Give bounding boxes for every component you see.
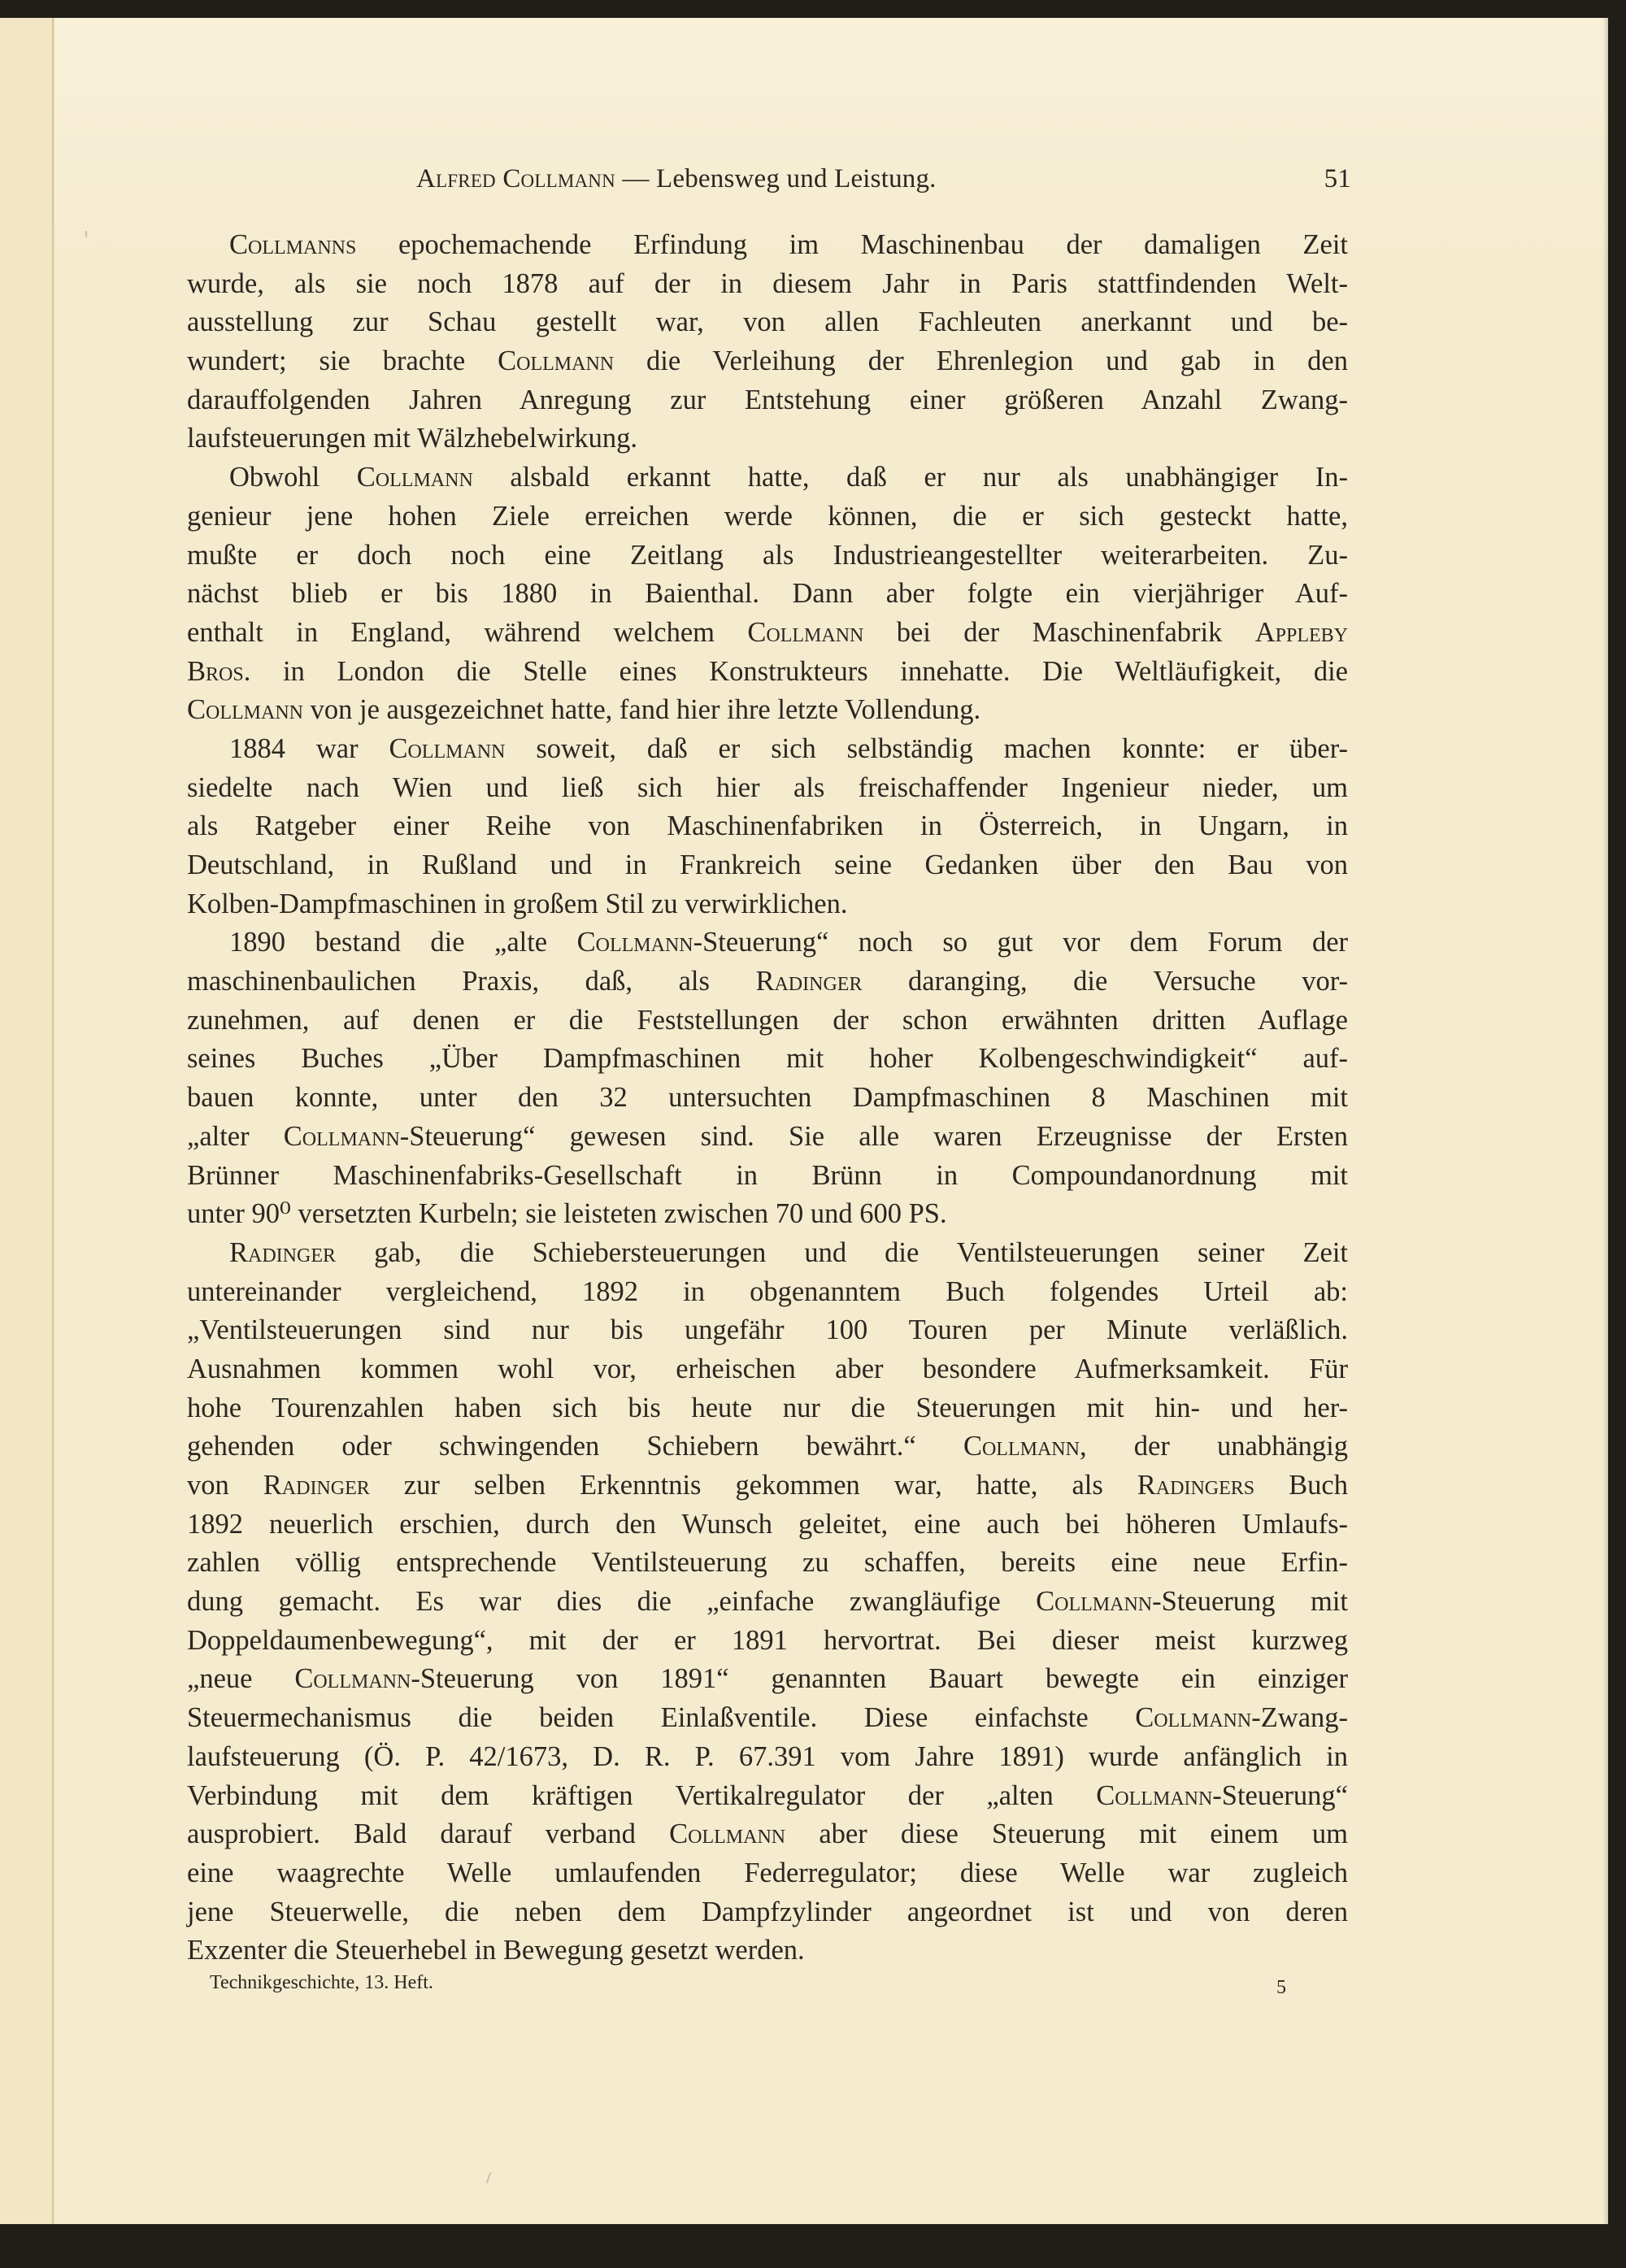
small-caps-name: Radinger xyxy=(755,966,862,997)
text-line: Doppeldaumenbewegung“, mit der er 1891 h… xyxy=(187,1622,1348,1661)
book-page: Alfred Collmann — Lebensweg und Leistung… xyxy=(0,18,1608,2268)
text-segment: jene Steuerwelle, die neben dem Dampfzyl… xyxy=(187,1897,1348,1927)
small-caps-name: Collmann xyxy=(187,694,303,725)
text-line: nächst blieb er bis 1880 in Baienthal. D… xyxy=(187,575,1348,614)
small-caps-name: Collmann xyxy=(747,617,863,648)
text-segment: 1890 bestand die „alte xyxy=(229,927,577,958)
text-segment: Ausnahmen kommen wohl vor, erheischen ab… xyxy=(187,1353,1348,1384)
text-segment: genieur jene hohen Ziele erreichen werde… xyxy=(187,501,1348,532)
small-caps-name: Bros. xyxy=(187,656,250,687)
text-line: jene Steuerwelle, die neben dem Dampfzyl… xyxy=(187,1893,1348,1932)
text-segment: nächst blieb er bis 1880 in Baienthal. D… xyxy=(187,578,1348,609)
text-segment: -Zwang- xyxy=(1251,1702,1348,1733)
text-segment: -Steuerung von 1891“ genannten Bauart be… xyxy=(411,1663,1348,1694)
text-line: zahlen völlig entsprechende Ventilsteuer… xyxy=(187,1544,1348,1583)
text-line: gehenden oder schwingenden Schiebern bew… xyxy=(187,1427,1348,1466)
text-line: Radinger gab, die Schiebersteuerungen un… xyxy=(187,1234,1348,1273)
text-line: „Ventilsteuerungen sind nur bis ungefähr… xyxy=(187,1311,1348,1350)
text-line: siedelte nach Wien und ließ sich hier al… xyxy=(187,769,1348,808)
text-segment: darauffolgenden Jahren Anregung zur Ents… xyxy=(187,385,1348,415)
small-caps-name: Collmann xyxy=(294,1663,411,1694)
text-segment: daranging, die Versuche vor- xyxy=(862,966,1348,997)
text-line: laufsteuerungen mit Wälzhebelwirkung. xyxy=(187,419,1348,458)
small-caps-name: Collmann xyxy=(1096,1780,1212,1811)
small-caps-name: Collmanns xyxy=(229,229,356,260)
paragraph: Radinger gab, die Schiebersteuerungen un… xyxy=(187,1234,1348,1970)
text-line: darauffolgenden Jahren Anregung zur Ents… xyxy=(187,381,1348,420)
text-line: maschinenbaulichen Praxis, daß, als Radi… xyxy=(187,962,1348,1001)
text-segment: epochemachende Erfindung im Maschinenbau… xyxy=(356,229,1348,260)
body-text: Collmanns epochemachende Erfindung im Ma… xyxy=(187,226,1348,1970)
text-segment: mußte er doch noch eine Zeitlang als Ind… xyxy=(187,540,1348,571)
text-segment: Verbindung mit dem kräftigen Vertikalreg… xyxy=(187,1780,1096,1811)
text-line: wurde, als sie noch 1878 auf der in dies… xyxy=(187,265,1348,304)
journal-reference: Technikgeschichte, 13. Heft. xyxy=(210,1972,433,1994)
small-caps-name: Radinger xyxy=(229,1237,336,1268)
text-segment: laufsteuerungen mit Wälzhebelwirkung. xyxy=(187,423,637,454)
text-line: als Ratgeber einer Reihe von Maschinenfa… xyxy=(187,807,1348,846)
text-line: Bros. in London die Stelle eines Konstru… xyxy=(187,653,1348,692)
small-caps-name: Collmann xyxy=(498,345,614,376)
small-caps-name: Radinger xyxy=(263,1470,370,1501)
text-segment: „neue xyxy=(187,1663,294,1694)
text-segment: zur selben Erkenntnis gekommen war, hatt… xyxy=(370,1470,1137,1501)
text-segment: die Verleihung der Ehrenlegion und gab i… xyxy=(614,345,1348,376)
small-caps-name: Collmann xyxy=(577,927,693,958)
running-title: Alfred Collmann — Lebensweg und Leistung… xyxy=(416,164,937,194)
text-segment: maschinenbaulichen Praxis, daß, als xyxy=(187,966,755,997)
text-segment: seines Buches „Über Dampfmaschinen mit h… xyxy=(187,1043,1348,1074)
text-segment: Doppeldaumenbewegung“, mit der er 1891 h… xyxy=(187,1625,1348,1656)
text-segment: zahlen völlig entsprechende Ventilsteuer… xyxy=(187,1547,1348,1578)
text-segment: bauen konnte, unter den 32 untersuchten … xyxy=(187,1082,1348,1113)
text-line: von Radinger zur selben Erkenntnis gekom… xyxy=(187,1466,1348,1505)
small-caps-name: Collmann xyxy=(963,1431,1080,1462)
text-segment: als Ratgeber einer Reihe von Maschinenfa… xyxy=(187,810,1348,841)
text-line: 1884 war Collmann soweit, daß er sich se… xyxy=(187,730,1348,769)
printer-signature-mark: 5 xyxy=(1276,1977,1286,1999)
page-number: 51 xyxy=(1324,164,1351,194)
text-segment: Buch xyxy=(1254,1470,1348,1501)
text-line: dung gemacht. Es war dies die „einfache … xyxy=(187,1583,1348,1622)
text-line: laufsteuerung (Ö. P. 42/1673, D. R. P. 6… xyxy=(187,1738,1348,1777)
text-line: „neue Collmann-Steuerung von 1891“ genan… xyxy=(187,1660,1348,1699)
text-line: Exzenter die Steuerhebel in Bewegung ges… xyxy=(187,1931,1348,1970)
text-segment: zunehmen, auf denen er die Feststellunge… xyxy=(187,1005,1348,1036)
text-segment: enthalt in England, während welchem xyxy=(187,617,747,648)
text-segment: 1884 war xyxy=(229,733,389,764)
text-segment: Deutschland, in Rußland und in Frankreic… xyxy=(187,849,1348,880)
text-line: enthalt in England, während welchem Coll… xyxy=(187,614,1348,653)
text-line: Obwohl Collmann alsbald erkannt hatte, d… xyxy=(187,458,1348,497)
text-line: Collmanns epochemachende Erfindung im Ma… xyxy=(187,226,1348,265)
paragraph: 1890 bestand die „alte Collmann-Steuerun… xyxy=(187,923,1348,1234)
text-segment: von je ausgezeichnet hatte, fand hier ih… xyxy=(303,694,980,725)
small-caps-name: Collmann xyxy=(1036,1586,1152,1617)
text-line: Deutschland, in Rußland und in Frankreic… xyxy=(187,846,1348,885)
text-segment: -Steuerung“ gewesen sind. Sie alle waren… xyxy=(400,1121,1348,1152)
text-line: 1890 bestand die „alte Collmann-Steuerun… xyxy=(187,923,1348,962)
running-header: Alfred Collmann — Lebensweg und Leistung… xyxy=(416,164,1351,205)
text-segment: soweit, daß er sich selbständig machen k… xyxy=(505,733,1348,764)
gutter-line xyxy=(52,18,54,2261)
text-segment: von xyxy=(187,1470,263,1501)
running-title-author: Alfred Collmann xyxy=(416,164,615,193)
text-segment: gehenden oder schwingenden Schiebern bew… xyxy=(187,1431,963,1462)
text-segment: wurde, als sie noch 1878 auf der in dies… xyxy=(187,268,1348,299)
text-segment: bei der Maschinenfabrik xyxy=(863,617,1254,648)
text-segment: untereinander vergleichend, 1892 in obge… xyxy=(187,1276,1348,1307)
text-line: Kolben-Dampfmaschinen in großem Stil zu … xyxy=(187,885,1348,924)
text-line: unter 90⁰ versetzten Kurbeln; sie leiste… xyxy=(187,1195,1348,1234)
text-segment: siedelte nach Wien und ließ sich hier al… xyxy=(187,772,1348,803)
paragraph: Obwohl Collmann alsbald erkannt hatte, d… xyxy=(187,458,1348,730)
text-segment: laufsteuerung (Ö. P. 42/1673, D. R. P. 6… xyxy=(187,1741,1348,1772)
facing-page-edge xyxy=(0,18,52,2261)
paper-speck xyxy=(85,231,87,237)
text-line: 1892 neuerlich erschien, durch den Wunsc… xyxy=(187,1505,1348,1545)
text-segment: , der unabhängig xyxy=(1080,1431,1348,1462)
text-line: hohe Tourenzahlen haben sich bis heute n… xyxy=(187,1389,1348,1428)
text-segment: wundert; sie brachte xyxy=(187,345,498,376)
text-segment: Kolben-Dampfmaschinen in großem Stil zu … xyxy=(187,889,847,919)
text-segment: aber diese Steuerung mit einem um xyxy=(785,1818,1348,1849)
text-line: Steuermechanismus die beiden Einlaßventi… xyxy=(187,1699,1348,1738)
text-segment: „Ventilsteuerungen sind nur bis ungefähr… xyxy=(187,1314,1348,1345)
text-segment: Brünner Maschinenfabriks-Gesellschaft in… xyxy=(187,1160,1348,1191)
text-segment: -Steuerung mit xyxy=(1152,1586,1348,1617)
text-segment: in London die Stelle eines Konstrukteurs… xyxy=(250,656,1348,687)
text-line: zunehmen, auf denen er die Feststellunge… xyxy=(187,1001,1348,1041)
text-segment: alsbald erkannt hatte, daß er nur als un… xyxy=(473,462,1348,493)
text-line: Ausnahmen kommen wohl vor, erheischen ab… xyxy=(187,1350,1348,1389)
text-line: Collmann von je ausgezeichnet hatte, fan… xyxy=(187,691,1348,730)
text-segment: 1892 neuerlich erschien, durch den Wunsc… xyxy=(187,1509,1348,1540)
small-caps-name: Collmann xyxy=(1135,1702,1251,1733)
text-line: Verbindung mit dem kräftigen Vertikalreg… xyxy=(187,1777,1348,1816)
text-segment: ausstellung zur Schau gestellt war, von … xyxy=(187,306,1348,337)
text-line: seines Buches „Über Dampfmaschinen mit h… xyxy=(187,1040,1348,1079)
text-segment: hohe Tourenzahlen haben sich bis heute n… xyxy=(187,1393,1348,1423)
text-line: untereinander vergleichend, 1892 in obge… xyxy=(187,1273,1348,1312)
paper-speck xyxy=(486,2172,492,2183)
text-line: wundert; sie brachte Collmann die Verlei… xyxy=(187,342,1348,381)
text-line: bauen konnte, unter den 32 untersuchten … xyxy=(187,1079,1348,1118)
text-segment: eine waagrechte Welle umlaufenden Federr… xyxy=(187,1857,1348,1888)
small-caps-name: Collmann xyxy=(357,462,473,493)
small-caps-name: Collmann xyxy=(389,733,505,764)
text-segment: Steuermechanismus die beiden Einlaßventi… xyxy=(187,1702,1135,1733)
text-segment: unter 90⁰ versetzten Kurbeln; sie leiste… xyxy=(187,1198,947,1229)
small-caps-name: Radingers xyxy=(1137,1470,1254,1501)
text-segment: ausprobiert. Bald darauf verband xyxy=(187,1818,669,1849)
text-line: ausprobiert. Bald darauf verband Collman… xyxy=(187,1815,1348,1854)
text-line: Brünner Maschinenfabriks-Gesellschaft in… xyxy=(187,1157,1348,1196)
text-segment: -Steuerung“ xyxy=(1212,1780,1348,1811)
running-title-rest: — Lebensweg und Leistung. xyxy=(615,164,937,193)
text-line: ausstellung zur Schau gestellt war, von … xyxy=(187,303,1348,342)
small-caps-name: Collmann xyxy=(669,1818,785,1849)
paragraph: 1884 war Collmann soweit, daß er sich se… xyxy=(187,730,1348,923)
text-line: „alter Collmann-Steuerung“ gewesen sind.… xyxy=(187,1118,1348,1157)
text-segment: „alter xyxy=(187,1121,284,1152)
text-line: genieur jene hohen Ziele erreichen werde… xyxy=(187,497,1348,537)
text-segment: Obwohl xyxy=(229,462,357,493)
paragraph: Collmanns epochemachende Erfindung im Ma… xyxy=(187,226,1348,458)
small-caps-name: Collmann xyxy=(284,1121,400,1152)
text-segment: gab, die Schiebersteuerungen und die Ven… xyxy=(336,1237,1348,1268)
text-segment: -Steuerung“ noch so gut vor dem Forum de… xyxy=(693,927,1348,958)
scan-background-bottom xyxy=(0,2224,1626,2268)
text-line: eine waagrechte Welle umlaufenden Federr… xyxy=(187,1854,1348,1893)
small-caps-name: Appleby xyxy=(1255,617,1348,648)
text-segment: Exzenter die Steuerhebel in Bewegung ges… xyxy=(187,1935,805,1966)
text-segment: dung gemacht. Es war dies die „einfache … xyxy=(187,1586,1036,1617)
text-line: mußte er doch noch eine Zeitlang als Ind… xyxy=(187,537,1348,576)
